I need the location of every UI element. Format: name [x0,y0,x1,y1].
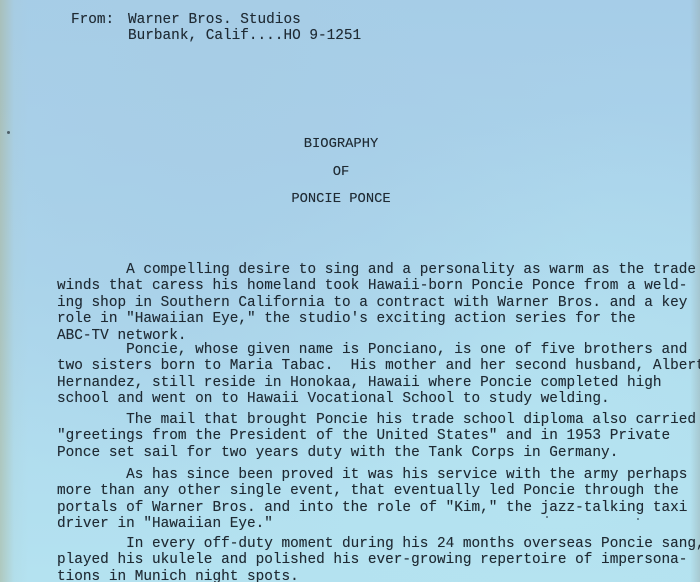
from-label: From: [71,12,114,29]
text-line: portals of Warner Bros. and into the rol… [57,500,697,516]
text-line: more than any other single event, that e… [57,483,697,499]
paper-speck [546,516,548,518]
text-line: As has since been proved it was his serv… [57,467,697,483]
sender-name: Warner Bros. Studios [128,12,301,29]
paper-speck [7,131,10,134]
paper-speck [637,518,639,520]
title-line-name: PONCIE PONCE [0,192,682,208]
text-line: A compelling desire to sing and a person… [57,262,697,278]
text-line: two sisters born to Maria Tabac. His mot… [57,358,697,374]
text-line: "greetings from the President of the Uni… [57,428,697,444]
paragraph-1: A compelling desire to sing and a person… [57,262,697,344]
text-line: tions in Munich night spots. [57,569,697,582]
text-line: Poncie, whose given name is Ponciano, is… [57,342,697,358]
text-line: Hernandez, still reside in Honokaa, Hawa… [57,375,697,391]
typewritten-document: From: Warner Bros. Studios Burbank, Cali… [0,0,700,582]
title-line-biography: BIOGRAPHY [0,137,682,153]
paragraph-5: In every off-duty moment during his 24 m… [57,536,697,582]
text-line: Ponce set sail for two years duty with t… [57,445,697,461]
text-line: role in "Hawaiian Eye," the studio's exc… [57,311,697,327]
paragraph-3: The mail that brought Poncie his trade s… [57,412,697,461]
text-line: The mail that brought Poncie his trade s… [57,412,697,428]
text-line: school and went on to Hawaii Vocational … [57,391,697,407]
paragraph-4: As has since been proved it was his serv… [57,467,697,533]
text-line: ing shop in Southern California to a con… [57,295,697,311]
text-line: In every off-duty moment during his 24 m… [57,536,697,552]
paragraph-2: Poncie, whose given name is Ponciano, is… [57,342,697,408]
text-line: played his ukulele and polished his ever… [57,552,697,568]
text-line: winds that caress his homeland took Hawa… [57,278,697,294]
title-line-of: OF [0,165,682,181]
text-line: driver in "Hawaiian Eye." [57,516,697,532]
sender-address: Burbank, Calif....HO 9-1251 [128,28,361,45]
